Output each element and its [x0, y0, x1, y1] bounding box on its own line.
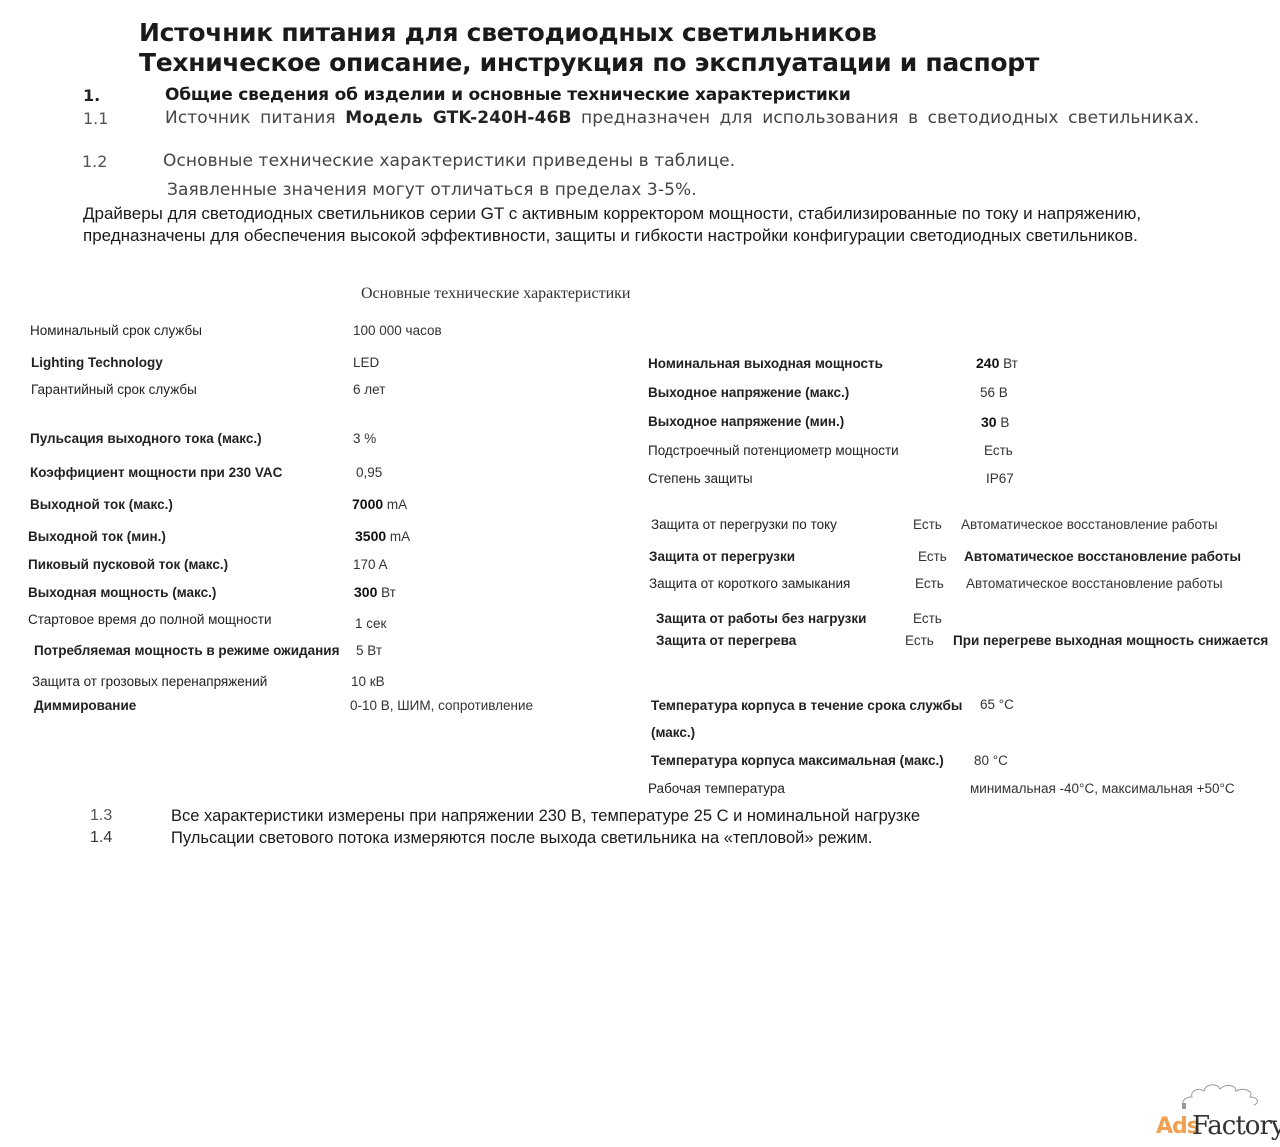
spec-value: 1 сек [355, 616, 386, 631]
note-number-1-4: 1.4 [90, 829, 112, 847]
spec-value-number: 30 [981, 414, 997, 430]
spec-value-number: 3500 [355, 528, 386, 544]
note-1-4-text: Пульсации светового потока измеряются по… [171, 829, 872, 848]
item-1-1-text: Источник питания Модель GTK-240H-46B пре… [165, 108, 1199, 128]
spec-value: 0-10 В, ШИМ, сопротивление [350, 698, 533, 713]
item-number-1-1: 1.1 [83, 109, 108, 128]
note-number-1-3: 1.3 [90, 807, 112, 825]
spec-value: 100 000 часов [353, 323, 442, 338]
spec-label: Подстроечный потенциометр мощности [648, 443, 899, 458]
protection-value: Есть [915, 576, 944, 591]
spec-label: Выходная мощность (макс.) [28, 585, 216, 600]
spec-label: Выходное напряжение (макс.) [648, 385, 849, 400]
spec-label: Защита от грозовых перенапряжений [32, 674, 267, 689]
spec-label: Гарантийный срок службы [31, 382, 197, 397]
item-1-2-text: Основные технические характеристики прив… [163, 151, 735, 171]
spec-label: Коэффициент мощности при 230 VAC [30, 465, 282, 480]
spec-label: Потребляемая мощность в режиме ожидания [34, 643, 339, 658]
protection-note: При перегреве выходная мощность снижаетс… [953, 633, 1268, 648]
spec-value: 56 В [980, 385, 1008, 400]
temperature-value: 65 °C [980, 697, 1014, 712]
spec-value-number: 240 [976, 355, 999, 371]
spec-value: 170 A [353, 557, 388, 572]
item-1-1-suffix: предназначен для использования в светоди… [572, 108, 1200, 128]
spec-value-number: 300 [354, 584, 377, 600]
temperature-label: Рабочая температура [648, 781, 785, 796]
protection-label: Защита от работы без нагрузки [656, 611, 866, 626]
protection-value: Есть [913, 611, 942, 626]
protection-note: Автоматическое восстановление работы [961, 517, 1218, 532]
protection-value: Есть [913, 517, 942, 532]
spec-value: IP67 [986, 471, 1014, 486]
model-name: Модель GTK-240H-46B [345, 108, 571, 128]
watermark-factory: Factory [1192, 1111, 1280, 1141]
spec-value: 0,95 [356, 465, 382, 480]
spec-label: Выходной ток (мин.) [28, 529, 166, 544]
spec-label: Диммирование [34, 698, 136, 713]
temperature-value: 80 °C [974, 753, 1008, 768]
spec-value: 3500 mA [355, 528, 410, 544]
protection-note: Автоматическое восстановление работы [964, 549, 1241, 564]
spec-value: 10 кВ [351, 674, 385, 689]
spec-value-unit: В [997, 415, 1010, 430]
doc-title-line1: Источник питания для светодиодных светил… [139, 18, 877, 47]
spec-table-title: Основные технические характеристики [361, 285, 630, 303]
item-1-2-note: Заявленные значения могут отличаться в п… [167, 180, 697, 200]
spec-label: Стартовое время до полной мощности [28, 612, 271, 627]
spec-value-unit: Вт [999, 356, 1018, 371]
protection-label: Защита от перегрузки [649, 549, 795, 564]
note-1-3-text: Все характеристики измерены при напряжен… [171, 807, 920, 826]
spec-label: Пиковый пусковой ток (макс.) [28, 557, 228, 572]
spec-value: 5 Вт [356, 643, 382, 658]
spec-value: 300 Вт [354, 584, 396, 600]
doc-title-line2: Техническое описание, инструкция по эксп… [139, 48, 1039, 77]
spec-value: 30 В [981, 414, 1009, 430]
spec-label: Степень защиты [648, 471, 753, 486]
spec-value-unit: Вт [377, 585, 396, 600]
spec-value-unit: mA [383, 497, 407, 512]
spec-label: Выходной ток (макс.) [30, 497, 173, 512]
temperature-label-cont: (макс.) [651, 725, 695, 740]
section-number: 1. [83, 86, 100, 105]
protection-note: Автоматическое восстановление работы [966, 576, 1223, 591]
spec-value-unit: mA [386, 529, 410, 544]
protection-label: Защита от короткого замыкания [649, 576, 850, 591]
spec-value: 3 % [353, 431, 376, 446]
spec-value: 240 Вт [976, 355, 1018, 371]
spec-label: Выходное напряжение (мин.) [648, 414, 844, 429]
protection-label: Защита от перегрева [656, 633, 796, 648]
protection-label: Защита от перегрузки по току [651, 517, 837, 532]
spec-label: Lighting Technology [31, 355, 163, 370]
temperature-label: Температура корпуса в течение срока служ… [651, 698, 962, 713]
spec-label: Номинальная выходная мощность [648, 356, 883, 371]
adsfactory-watermark: Ads Factory [1142, 1073, 1272, 1143]
spec-value: 6 лет [353, 382, 385, 397]
section-heading: Общие сведения об изделии и основные тех… [165, 85, 851, 105]
item-number-1-2: 1.2 [82, 152, 107, 171]
spec-label: Номинальный срок службы [30, 323, 202, 338]
factory-smoke-icon [1176, 1073, 1266, 1109]
protection-value: Есть [905, 633, 934, 648]
spec-value: Есть [984, 443, 1013, 458]
item-1-1-prefix: Источник питания [165, 108, 345, 128]
spec-value: LED [353, 355, 379, 370]
driver-description: Драйверы для светодиодных светильников с… [83, 203, 1203, 247]
spec-value: 7000 mA [352, 496, 407, 512]
spec-value-number: 7000 [352, 496, 383, 512]
temperature-label: Температура корпуса максимальная (макс.) [651, 753, 944, 768]
protection-value: Есть [918, 549, 947, 564]
spec-label: Пульсация выходного тока (макс.) [30, 431, 262, 446]
temperature-value: минимальная -40°C, максимальная +50°C [970, 781, 1235, 796]
